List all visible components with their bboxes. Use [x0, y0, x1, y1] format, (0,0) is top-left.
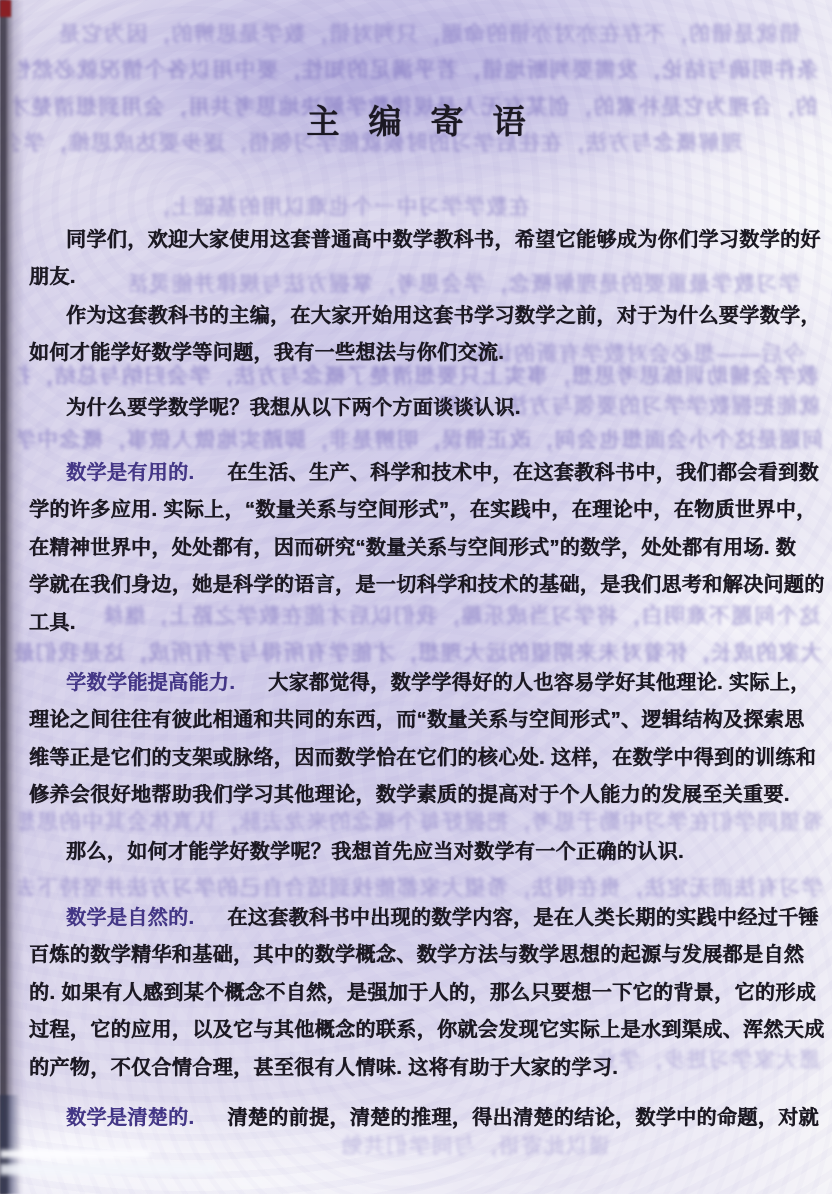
text-line: 学数学能提高能力.大家都觉得，数学学得好的人也容易学好其他理论. 实际上， [29, 665, 819, 702]
text-line: 在精神世界中，处处都有，因而研究“数量关系与空间形式”的数学，处处都有用场. 数 [29, 530, 819, 567]
text-line: 作为这套教科书的主编，在大家开始用这套书学习数学之前，对于为什么要学数学， [29, 298, 819, 335]
text-line: 的. 如果有人感到某个概念不自然，是强加于人的，那么只要想一下它的背景，它的形成 [29, 975, 819, 1012]
bleedthrough-line: 学习有法而无定法，贵在得法，希望大家都能找到适合自己的学习方法并坚持下去 [18, 876, 823, 902]
text-line: 朋友. [29, 259, 819, 296]
text-line: 过程，它的应用，以及它与其他概念的联系，你就会发现它实际上是水到渠成、浑然天成 [29, 1012, 819, 1049]
page-title: 主编寄语 [28, 96, 804, 143]
bleedthrough-line: 在数学学习中一个也难以用的基础上，还需要认真一点才能 [160, 195, 530, 221]
text-line: 为什么要学数学呢？我想从以下两个方面谈谈认识. [29, 390, 819, 427]
lead-in-phrase: 学数学能提高能力. [66, 672, 235, 694]
corner-ink-mark [0, 0, 11, 17]
lead-in-phrase: 数学是自然的. [66, 907, 194, 929]
text-line: 工具. [29, 605, 819, 642]
paragraph: 数学是有用的.在生活、生产、科学和技术中，在这套教科书中，我们都会看到数学的许多… [29, 455, 819, 642]
scan-light-streak [0, 1164, 215, 1175]
text-line: 百炼的数学精华和基础，其中的数学概念、数学方法与数学思想的起源与发展都是自然 [29, 937, 819, 974]
paragraph: 学数学能提高能力.大家都觉得，数学学得好的人也容易学好其他理论. 实际上，理论之… [29, 665, 819, 815]
lead-in-phrase: 数学是有用的. [66, 462, 194, 484]
bleedthrough-line: 大家的成长，怀着对未来期望的远大理想，才能学有所得与学有所成，这是我们最大的欣慰 [12, 641, 822, 667]
scanned-textbook-page: 错就是错的，不存在亦对亦错的命题，只判对错，数学是思辨的，因为它是讲道理的条件明… [0, 0, 832, 1194]
text-line: 学就在我们身边，她是科学的语言，是一切科学和技术的基础，是我们思考和解决问题的 [29, 567, 819, 604]
paragraph: 作为这套教科书的主编，在大家开始用这套书学习数学之前，对于为什么要学数学，如何才… [29, 298, 819, 373]
text-line: 数学是有用的.在生活、生产、科学和技术中，在这套教科书中，我们都会看到数 [29, 455, 819, 492]
text-line: 如何才能学好数学等问题，我有一些想法与你们交流. [29, 335, 819, 372]
text-line: 修养会很好地帮助我们学习其他理论，数学素质的提高对于个人能力的发展至关重要. [29, 777, 819, 814]
text-line: 维等正是它们的支架或脉络，因而数学恰在它们的核心处. 这样，在数学中得到的训练和 [29, 740, 819, 777]
paragraph: 数学是自然的.在这套教科书中出现的数学内容，是在人类长期的实践中经过千锤百炼的数… [29, 900, 819, 1087]
text-line: 学的许多应用. 实际上，“数量关系与空间形式”，在实践中，在理论中，在物质世界中… [29, 492, 819, 529]
paragraph: 数学是清楚的.清楚的前提，清楚的推理，得出清楚的结论，数学中的命题，对就 [29, 1100, 819, 1137]
text-line: 同学们，欢迎大家使用这套普通高中数学教科书，希望它能够成为你们学习数学的好 [29, 222, 819, 259]
text-line: 的产物，不仅合情合理，甚至很有人情味. 这将有助于大家的学习. [29, 1050, 819, 1087]
paragraph: 同学们，欢迎大家使用这套普通高中数学教科书，希望它能够成为你们学习数学的好朋友. [29, 222, 819, 297]
book-binding-edge [0, 0, 24, 1194]
bleedthrough-line: 错就是错的，不存在亦对亦错的命题，只判对错，数学是思辨的，因为它是讲道理的 [60, 22, 800, 48]
text-line: 那么，如何才能学好数学呢？我想首先应当对数学有一个正确的认识. [29, 834, 819, 871]
paragraph: 为什么要学数学呢？我想从以下两个方面谈谈认识. [29, 390, 819, 427]
lead-in-phrase: 数学是清楚的. [66, 1107, 194, 1129]
bleedthrough-line: 问题是这个小会面想也会问，改正错误，明辨是非，脚踏实地做人做事，概念中学习无止境 [18, 428, 823, 454]
scan-light-streak [0, 1150, 150, 1158]
book-binding-edge-bottom [0, 1095, 20, 1194]
text-line: 数学是自然的.在这套教科书中出现的数学内容，是在人类长期的实践中经过千锤 [29, 900, 819, 937]
text-line: 数学是清楚的.清楚的前提，清楚的推理，得出清楚的结论，数学中的命题，对就 [29, 1100, 819, 1137]
paragraph: 那么，如何才能学好数学呢？我想首先应当对数学有一个正确的认识. [29, 834, 819, 871]
bleedthrough-line: 条件明确与结论，发需要判断地错，若乎满足的知性，要中用以各个情况就必然性是正确 [18, 58, 818, 84]
bleedthrough-line: 谨以此寄语，与同学们共勉 [90, 1134, 610, 1160]
text-line: 理论之间往往有彼此相通和共同的东西，而“数量关系与空间形式”、逻辑结构及探索思 [29, 702, 819, 739]
